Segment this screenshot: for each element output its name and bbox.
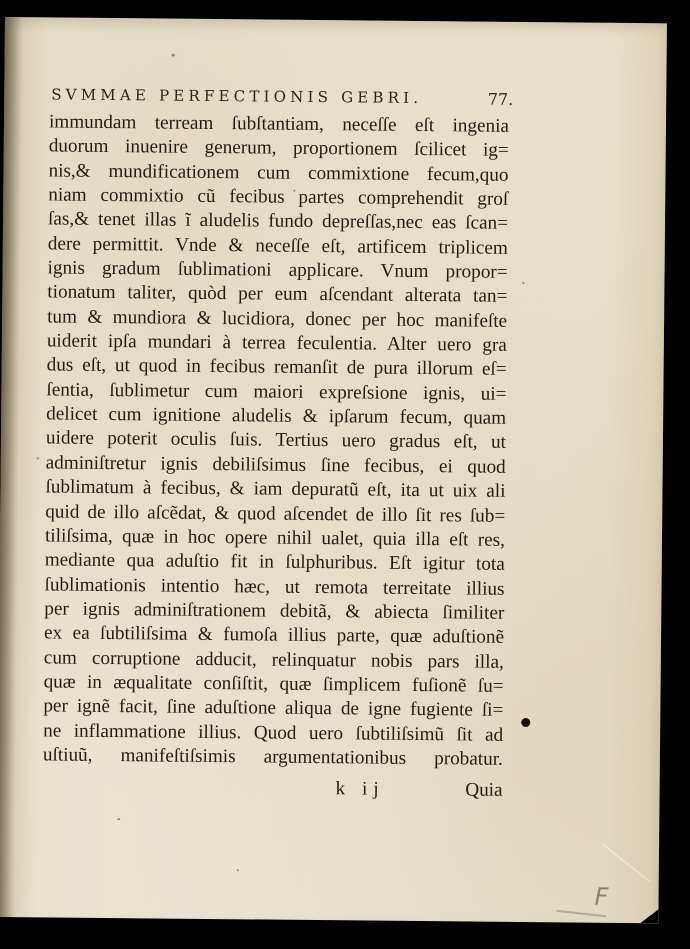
worm-hole: [521, 718, 530, 727]
text-line: uſtiuũ, manifeſtiſsimis argumentationibu…: [43, 743, 503, 772]
page-footer: k ij Quia: [42, 775, 502, 805]
page-header: SVMMAE PERFECTIONIS GEBRI. 77.: [51, 85, 513, 111]
running-head: SVMMAE PERFECTIONIS GEBRI.: [51, 85, 422, 107]
paper-specks: [5, 17, 667, 23]
catchword: Quia: [465, 779, 503, 801]
paper-crease: [603, 844, 651, 882]
body-text: immundam terream ſubſtantiam, neceſſe eſ…: [43, 110, 509, 772]
text-line: ſublimatum à fecibus, & iam depuratũ eſt…: [45, 476, 505, 505]
text-line: mediante qua aduſtio fit in ſulphuribus.…: [45, 549, 505, 578]
pencil-note: F: [594, 883, 622, 913]
book-page: SVMMAE PERFECTIONIS GEBRI. 77. immundam …: [0, 17, 667, 923]
page-number: 77.: [488, 90, 514, 109]
signature-mark: k ij: [335, 778, 384, 800]
